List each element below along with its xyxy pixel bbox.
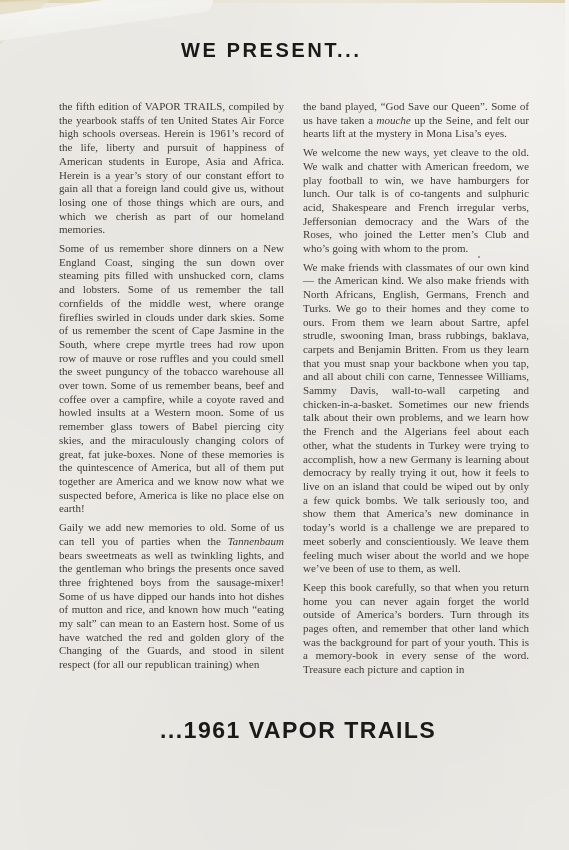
body-text-segment: We welcome the new ways, yet cleave to t… (303, 147, 529, 255)
print-speck (478, 256, 480, 258)
paragraph: the fifth edition of VAPOR TRAILS, compi… (59, 101, 284, 238)
italic-text-segment: mouche (377, 115, 411, 127)
paragraph: We make friends with classmates of our o… (303, 262, 529, 577)
page-footer-title: ...1961 VAPOR TRAILS (160, 719, 436, 742)
italic-text-segment: Tannenbaum (228, 536, 284, 548)
page-header-title: WE PRESENT... (181, 41, 362, 61)
yearbook-page: WE PRESENT... the fifth edition of VAPOR… (0, 0, 569, 850)
paragraph: Keep this book carefully, so that when y… (303, 582, 529, 678)
body-text-segment: Some of us remember shore dinners on a N… (59, 243, 284, 515)
paragraph: Some of us remember shore dinners on a N… (59, 243, 284, 517)
body-text-segment: Keep this book carefully, so that when y… (303, 582, 529, 676)
body-text-segment: bears sweetmeats as well as twinkling li… (59, 550, 284, 672)
paragraph: the band played, “God Save our Queen”. S… (303, 101, 529, 142)
text-column-left: the fifth edition of VAPOR TRAILS, compi… (59, 101, 284, 673)
body-text-segment: the fifth edition of VAPOR TRAILS, compi… (59, 101, 284, 236)
paragraph: Gaily we add new memories to old. Some o… (59, 522, 284, 673)
text-column-right: the band played, “God Save our Queen”. S… (303, 101, 529, 678)
scan-right-edge (565, 0, 569, 240)
paragraph: We welcome the new ways, yet cleave to t… (303, 147, 529, 257)
body-text-segment: We make friends with classmates of our o… (303, 262, 529, 575)
